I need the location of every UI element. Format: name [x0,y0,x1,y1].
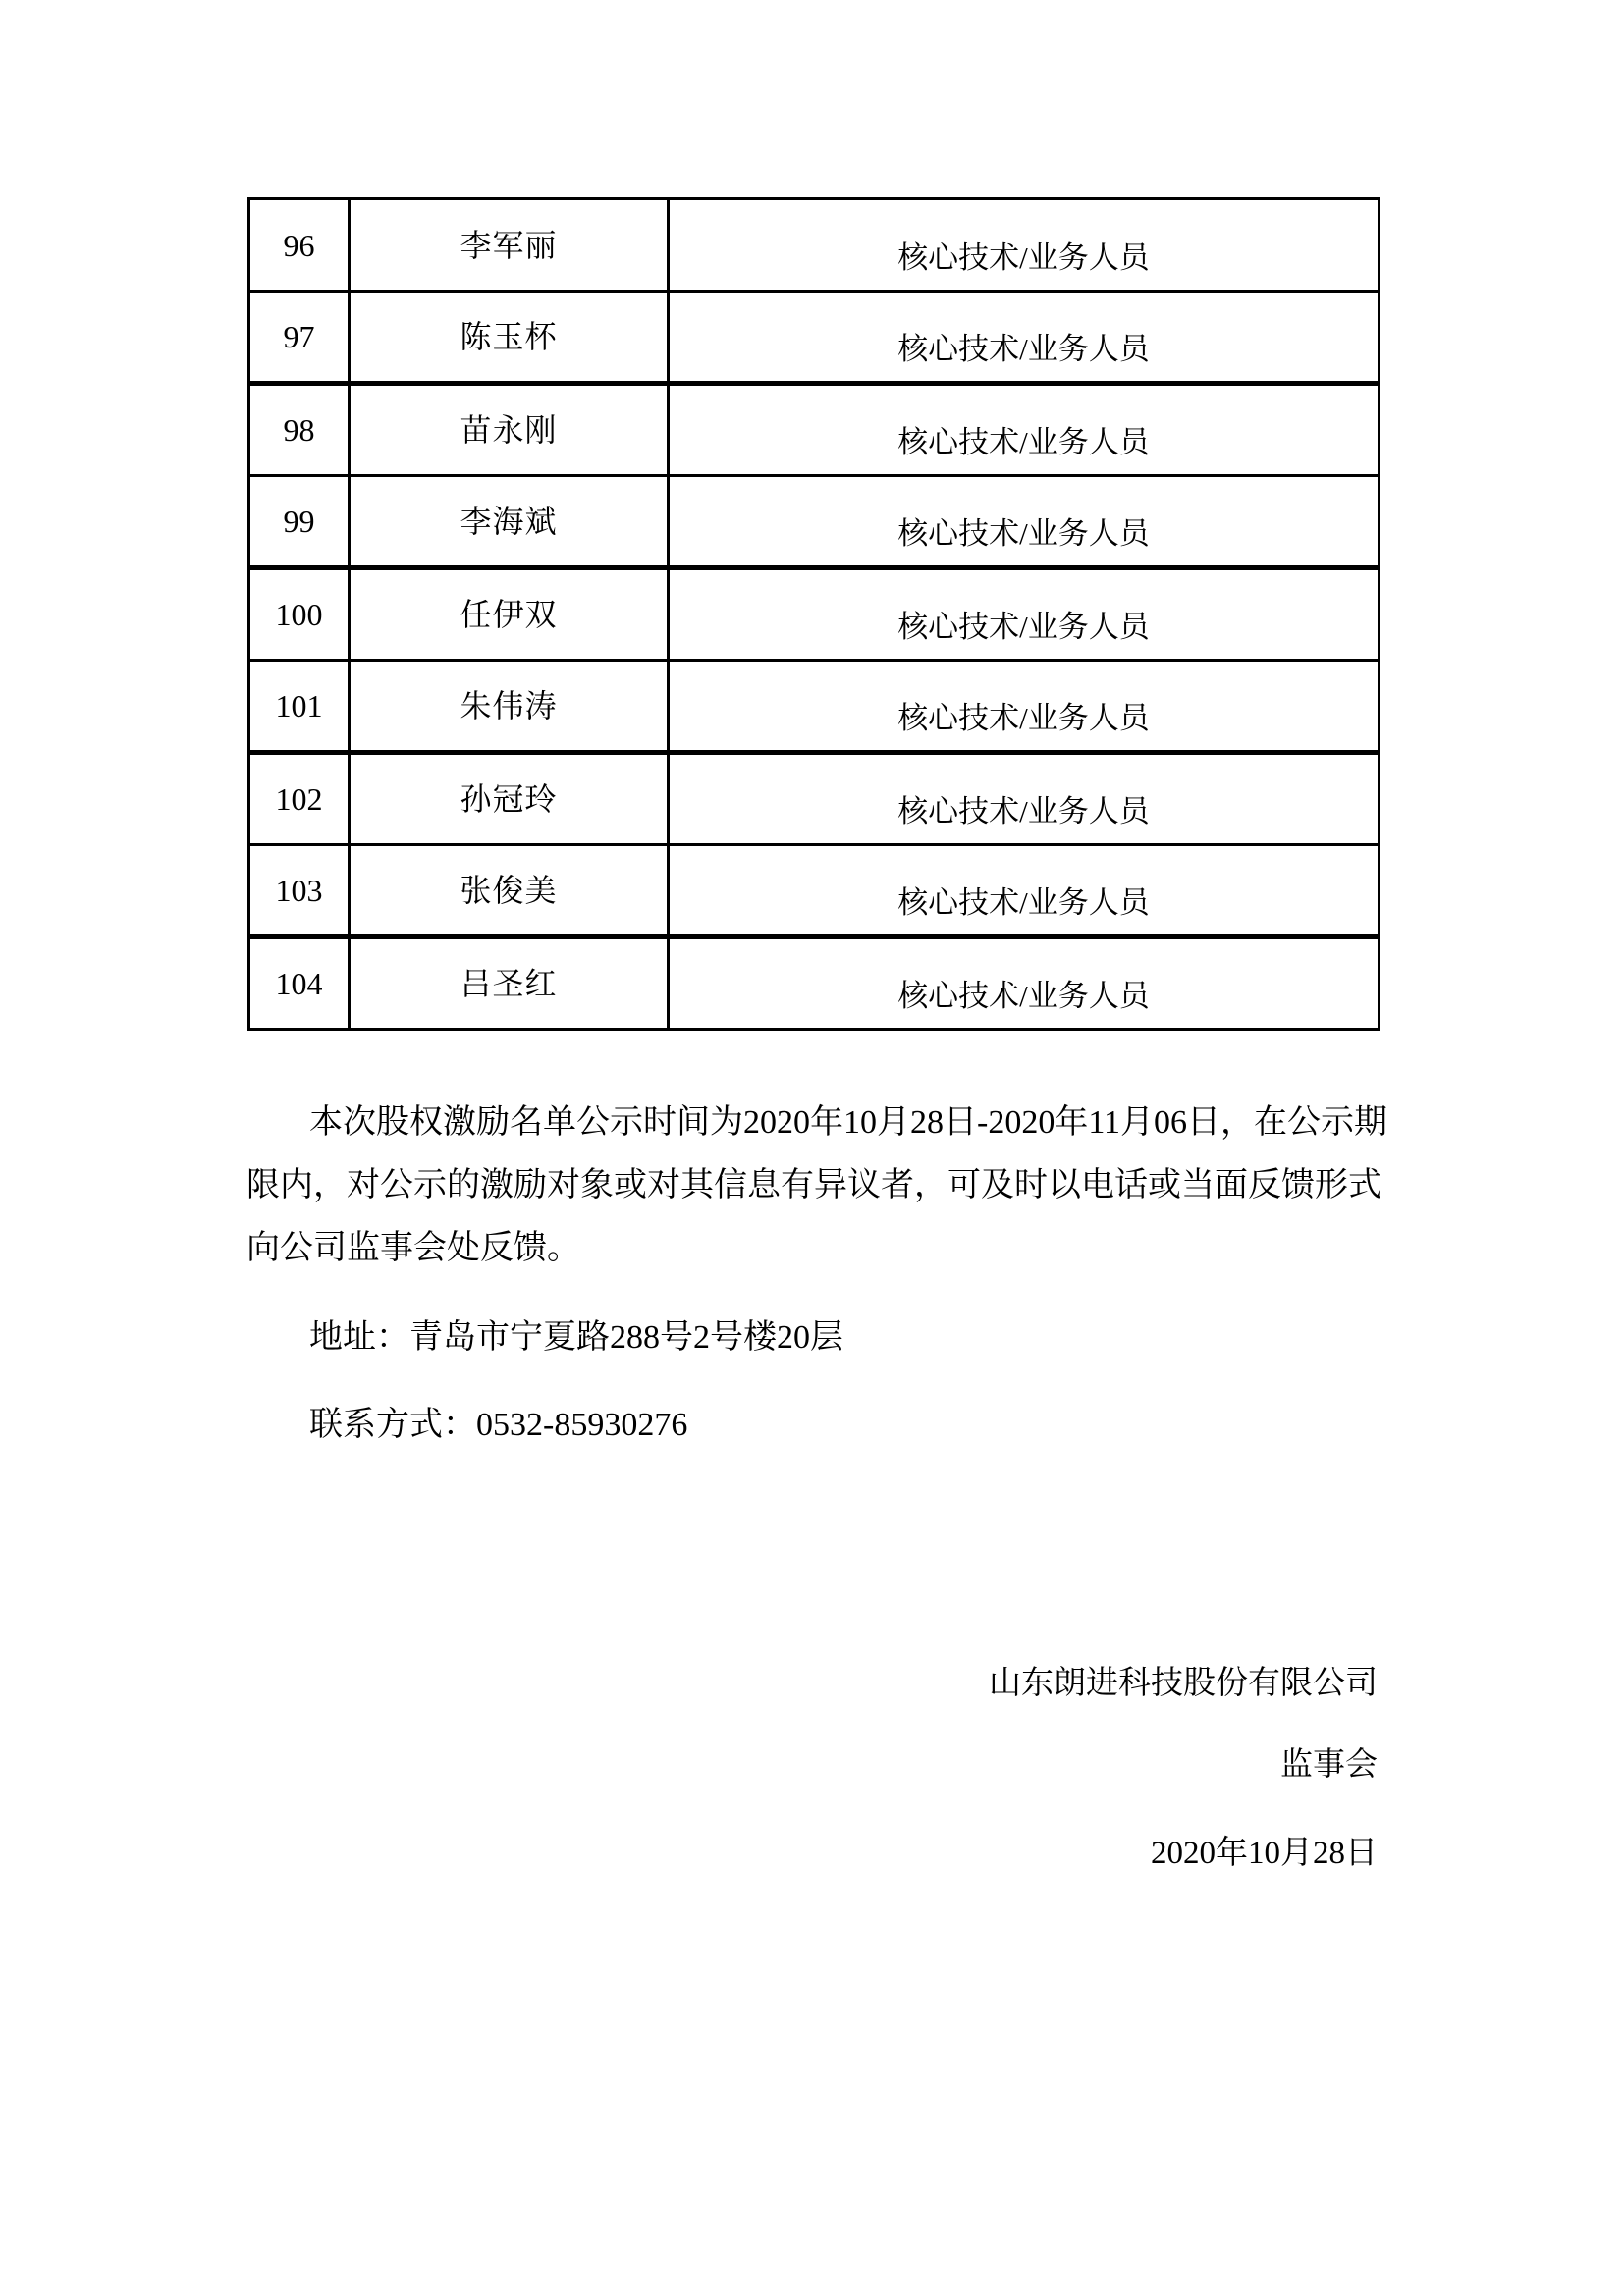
table-row: 104 吕圣红 核心技术/业务人员 [249,937,1380,1030]
table-row: 100 任伊双 核心技术/业务人员 [249,568,1380,661]
table-row: 103 张俊美 核心技术/业务人员 [249,845,1380,937]
role-cell: 核心技术/业务人员 [669,292,1380,384]
contact-line: 联系方式：0532-85930276 [309,1394,687,1457]
table-row: 101 朱伟涛 核心技术/业务人员 [249,661,1380,753]
row-number-cell: 104 [249,937,350,1030]
role-cell: 核心技术/业务人员 [669,845,1380,937]
document-page: 96 李军丽 核心技术/业务人员 97 陈玉杯 核心技术/业务人员 98 苗永刚… [0,0,1624,2296]
table-row: 96 李军丽 核心技术/业务人员 [249,199,1380,292]
role-text: 核心技术/业务人员 [897,887,1150,918]
role-cell: 核心技术/业务人员 [669,753,1380,845]
row-number-cell: 97 [249,292,350,384]
role-text: 核心技术/业务人员 [897,334,1150,364]
row-number-cell: 101 [249,661,350,753]
incentive-roster-table: 96 李军丽 核心技术/业务人员 97 陈玉杯 核心技术/业务人员 98 苗永刚… [247,197,1380,1031]
role-cell: 核心技术/业务人员 [669,661,1380,753]
name-cell: 任伊双 [350,568,669,661]
address-line: 地址：青岛市宁夏路288号2号楼20层 [309,1307,843,1369]
signature-body: 监事会 [989,1734,1378,1796]
row-number-cell: 96 [249,199,350,292]
paragraph-line: 本次股权激励名单公示时间为2020年10月28日-2020年11月06日，在公示… [246,1092,1380,1154]
role-text: 核心技术/业务人员 [897,427,1150,457]
role-cell: 核心技术/业务人员 [669,937,1380,1030]
name-cell: 陈玉杯 [350,292,669,384]
paragraph-line: 限内，对公示的激励对象或对其信息有异议者，可及时以电话或当面反馈形式 [246,1154,1380,1217]
signature-company: 山东朗进科技股份有限公司 [989,1652,1378,1715]
table-row: 98 苗永刚 核心技术/业务人员 [249,384,1380,476]
table-row: 102 孙冠玲 核心技术/业务人员 [249,753,1380,845]
role-cell: 核心技术/业务人员 [669,199,1380,292]
name-cell: 张俊美 [350,845,669,937]
row-number-cell: 99 [249,476,350,568]
row-number-cell: 103 [249,845,350,937]
table-row: 99 李海斌 核心技术/业务人员 [249,476,1380,568]
name-cell: 李海斌 [350,476,669,568]
row-number-cell: 100 [249,568,350,661]
signature-date: 2020年10月28日 [989,1822,1378,1885]
role-text: 核心技术/业务人员 [897,612,1150,642]
role-text: 核心技术/业务人员 [897,242,1150,273]
name-cell: 李军丽 [350,199,669,292]
role-text: 核心技术/业务人员 [897,518,1150,549]
row-number-cell: 102 [249,753,350,845]
name-cell: 苗永刚 [350,384,669,476]
signature-block: 山东朗进科技股份有限公司 监事会 2020年10月28日 [989,1652,1378,1885]
role-cell: 核心技术/业务人员 [669,384,1380,476]
role-text: 核心技术/业务人员 [897,981,1150,1011]
role-text: 核心技术/业务人员 [897,703,1150,733]
announcement-paragraph: 本次股权激励名单公示时间为2020年10月28日-2020年11月06日，在公示… [246,1092,1380,1280]
name-cell: 吕圣红 [350,937,669,1030]
table-row: 97 陈玉杯 核心技术/业务人员 [249,292,1380,384]
role-cell: 核心技术/业务人员 [669,476,1380,568]
name-cell: 朱伟涛 [350,661,669,753]
row-number-cell: 98 [249,384,350,476]
paragraph-line: 向公司监事会处反馈。 [246,1217,1380,1280]
role-cell: 核心技术/业务人员 [669,568,1380,661]
name-cell: 孙冠玲 [350,753,669,845]
role-text: 核心技术/业务人员 [897,796,1150,827]
